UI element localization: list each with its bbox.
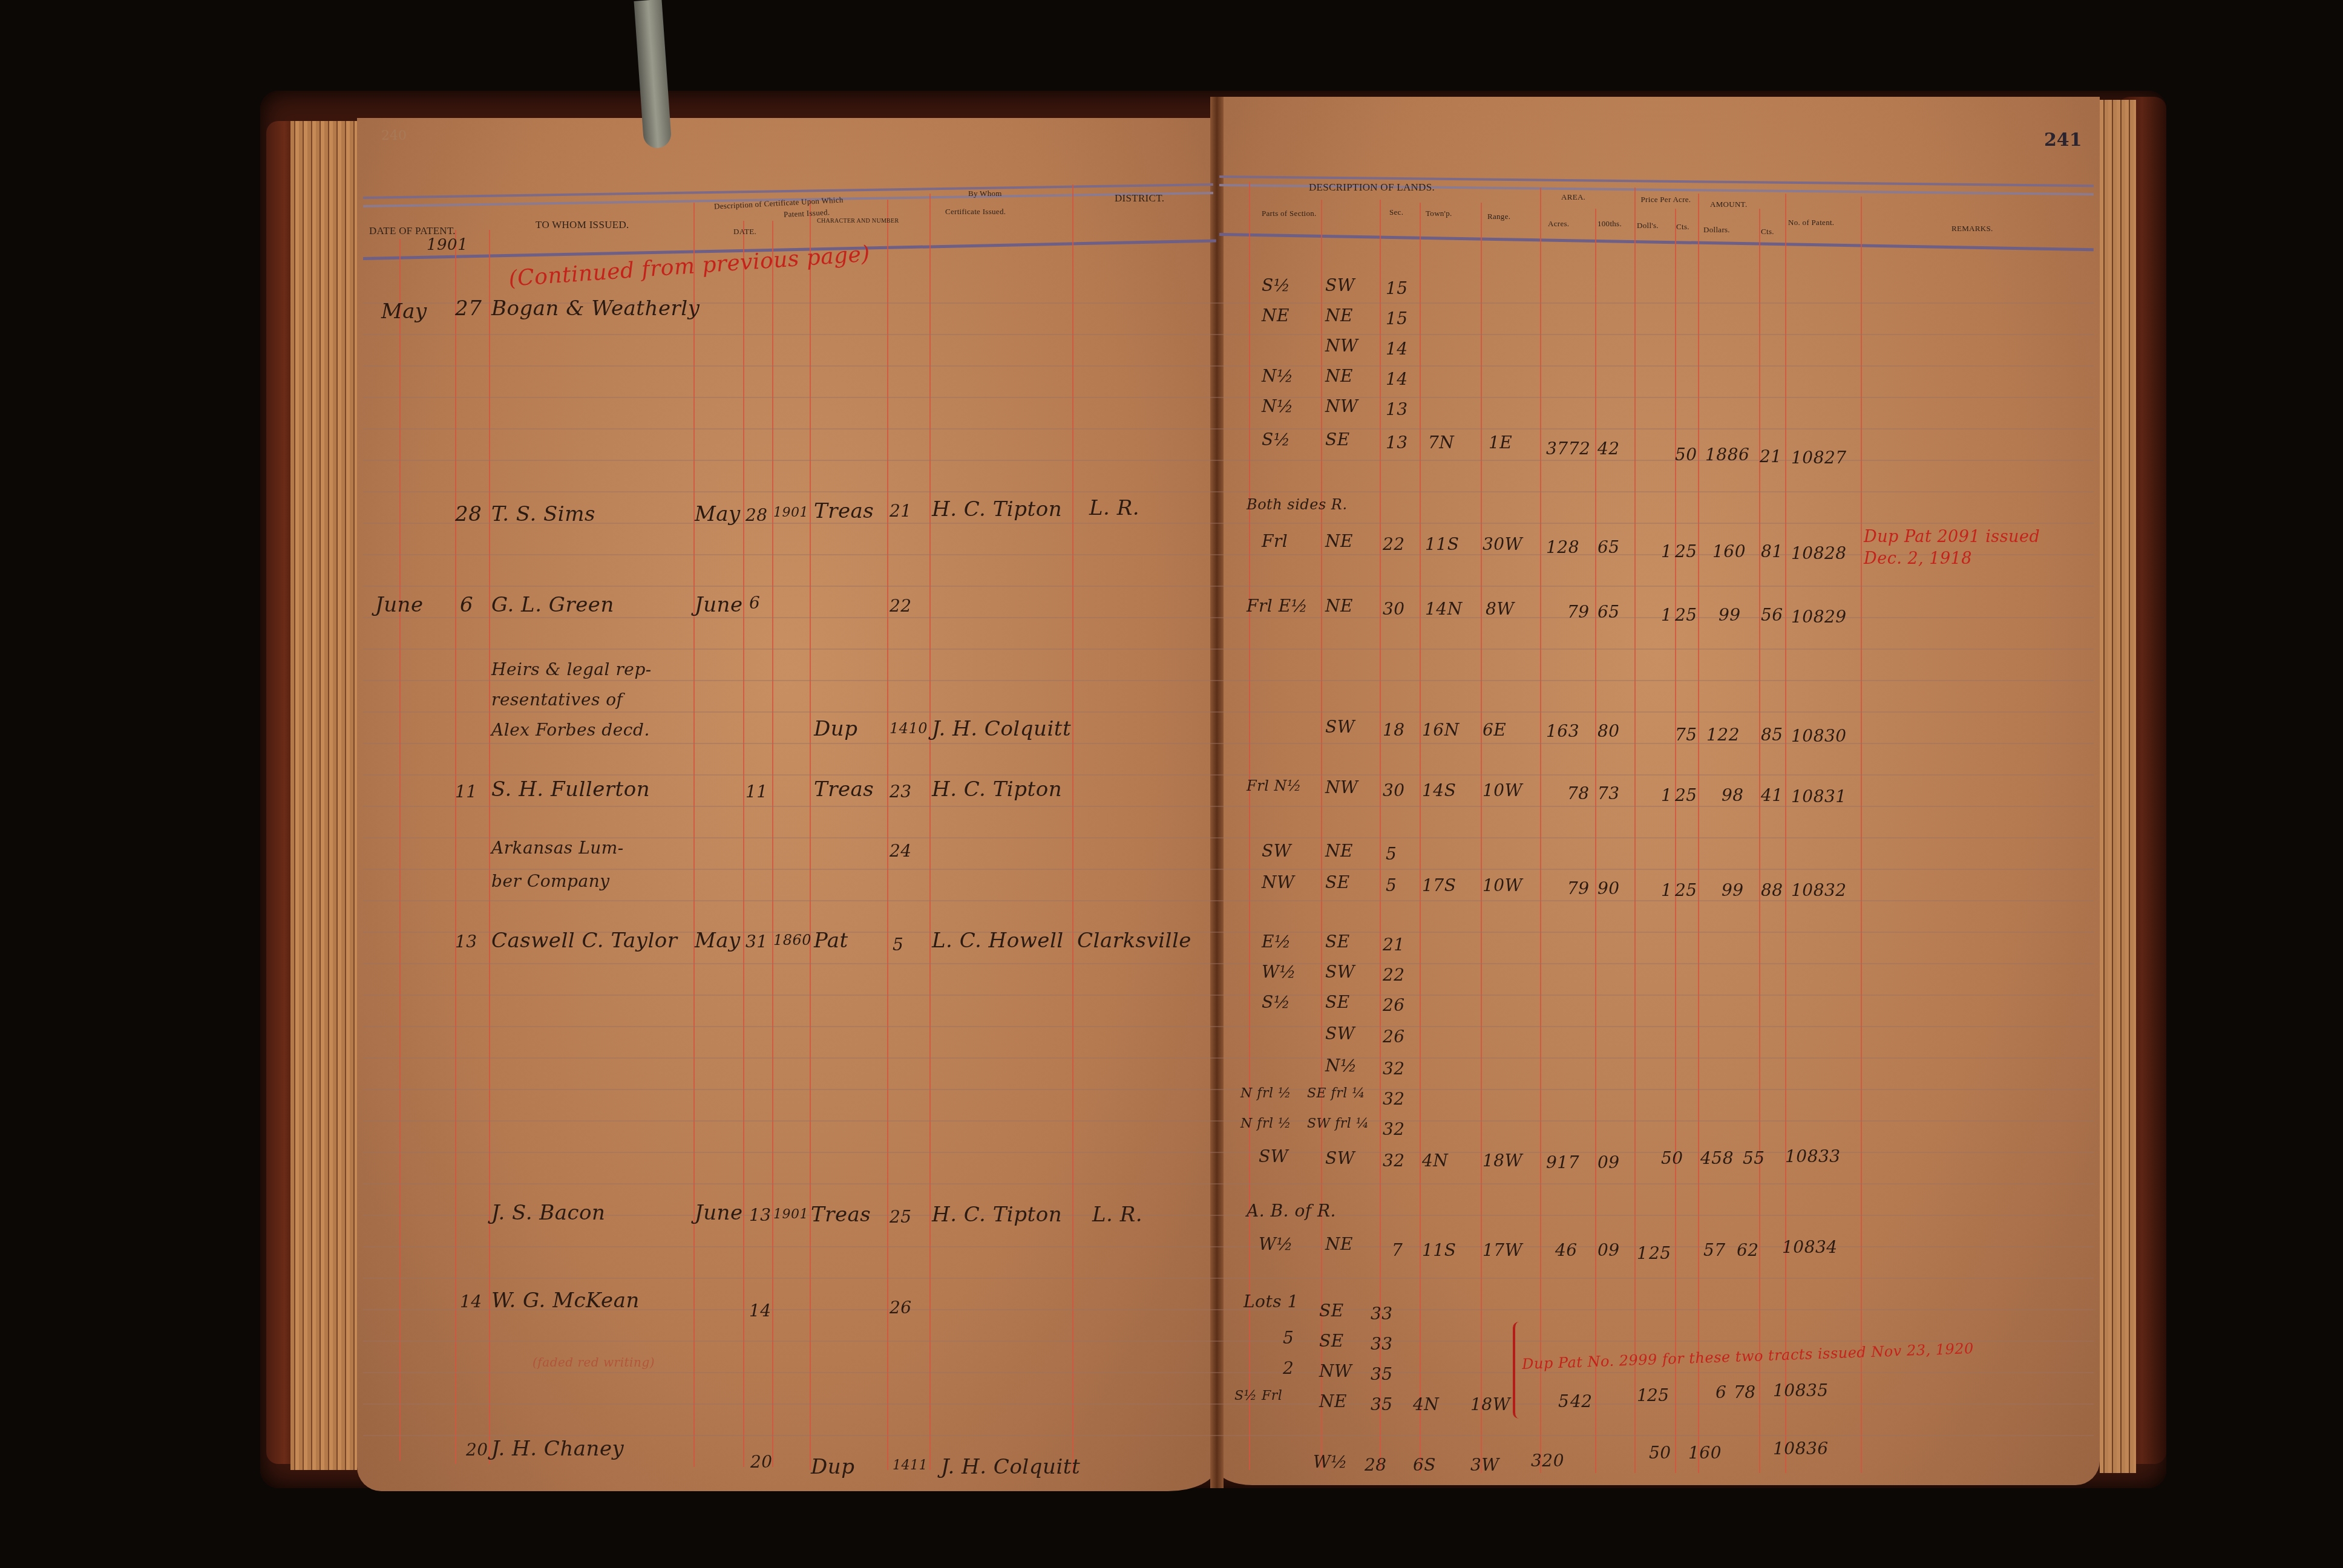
header-by-whom: By Whom — [968, 189, 1002, 198]
header-character-number: CHARACTER AND NUMBER — [817, 218, 899, 224]
price-dollars: 1 — [1637, 1385, 1648, 1405]
district: Clarksville — [1077, 929, 1191, 953]
district: L. R. — [1092, 1203, 1142, 1227]
land-range: 17W — [1483, 1240, 1522, 1260]
amount-cents: 41 — [1761, 785, 1783, 805]
patent-number: 10836 — [1773, 1439, 1829, 1459]
entry-month: May — [381, 299, 427, 324]
price-dollars: 1 — [1637, 1243, 1648, 1263]
land-quarter: SE frl ¼ — [1307, 1086, 1365, 1101]
land-hundredths: 65 — [1597, 537, 1620, 557]
land-quarter: NE — [1325, 596, 1353, 616]
land-sec: 30 — [1383, 780, 1405, 800]
amount-cents: 88 — [1761, 880, 1783, 900]
amount-dollars: 122 — [1706, 725, 1740, 745]
amount-cents: 78 — [1734, 1382, 1756, 1402]
header-sec: Sec. — [1389, 207, 1403, 217]
header-district: DISTRICT. — [1115, 192, 1164, 204]
land-hundredths: 09 — [1597, 1152, 1620, 1172]
land-township: 17S — [1422, 875, 1456, 895]
price-cents: 75 — [1675, 725, 1697, 745]
land-quarter: SW — [1325, 1024, 1355, 1044]
col-line — [455, 230, 456, 1464]
by-whom: H. C. Tipton — [932, 777, 1062, 802]
price-cents: 25 — [1675, 605, 1697, 625]
row-line — [363, 491, 2094, 492]
row-line — [363, 1403, 2094, 1405]
header-to-whom-issued: TO WHOM ISSUED. — [536, 219, 629, 231]
entry-name: S. H. Fullerton — [491, 777, 650, 802]
price-dollars: 1 — [1661, 605, 1672, 625]
land-sec: 26 — [1383, 995, 1405, 1015]
cert-character: Pat — [814, 929, 848, 953]
land-sec: 32 — [1383, 1119, 1405, 1139]
row-line — [363, 334, 2094, 335]
land-quarter: SE — [1325, 872, 1350, 892]
land-quarter: SW — [1325, 1148, 1355, 1168]
header-no-of-patent: No. of Patent. — [1788, 218, 1834, 227]
header-certificate-issued: Certificate Issued. — [945, 207, 1006, 217]
header-amount-dollars: Dollars. — [1703, 225, 1730, 235]
amount-dollars: 99 — [1719, 605, 1741, 625]
land-part: W½ — [1259, 1234, 1293, 1254]
col-line — [887, 200, 888, 1470]
land-part: E½ — [1262, 932, 1291, 952]
col-line — [743, 221, 744, 1467]
land-quarter: NW — [1325, 336, 1358, 356]
left-page — [357, 118, 1216, 1491]
row-line — [363, 1183, 2094, 1184]
by-whom: H. C. Tipton — [932, 497, 1062, 521]
col-line — [1785, 194, 1786, 1473]
land-part: S½ — [1262, 992, 1290, 1012]
col-line — [1698, 194, 1699, 1473]
land-range: 10W — [1483, 780, 1522, 800]
land-sec: 32 — [1383, 1059, 1405, 1079]
col-line — [1540, 188, 1541, 1473]
entry-day: 27 — [455, 296, 482, 321]
row-line — [363, 680, 2094, 681]
row-line — [363, 1120, 2094, 1122]
land-part: NW — [1262, 872, 1294, 892]
header-cert-date: DATE. — [733, 227, 756, 237]
land-acres: 3772 — [1546, 439, 1590, 459]
entry-name-line: ber Company — [491, 871, 610, 891]
col-line — [810, 200, 811, 1470]
row-line — [363, 995, 2094, 996]
land-sec: 13 — [1386, 399, 1408, 419]
header-description-of-lands: DESCRIPTION OF LANDS. — [1309, 181, 1435, 194]
row-line — [363, 1215, 2094, 1216]
patent-number: 10830 — [1791, 726, 1847, 746]
row-line — [363, 1026, 2094, 1027]
land-quarter: SE — [1325, 430, 1350, 449]
amount-cents: 56 — [1761, 605, 1783, 625]
land-township: 11S — [1422, 1240, 1456, 1260]
land-township: 16N — [1422, 720, 1460, 740]
land-quarter: SW — [1325, 717, 1355, 737]
cert-month: May — [695, 502, 741, 526]
cert-number: 5 — [893, 935, 903, 955]
amount-cents: 55 — [1743, 1148, 1765, 1168]
land-township: 14N — [1425, 599, 1463, 619]
patent-number: 10833 — [1785, 1146, 1841, 1166]
land-part: N frl ½ — [1240, 1116, 1291, 1131]
col-line — [1249, 181, 1250, 1470]
entry-name: G. L. Green — [491, 593, 614, 617]
cert-day: 6 — [749, 593, 760, 613]
by-whom: H. C. Tipton — [932, 1203, 1062, 1227]
cert-number: 26 — [890, 1298, 912, 1318]
amount-cents: 21 — [1760, 446, 1782, 466]
land-sec: 35 — [1371, 1364, 1393, 1384]
land-part: 2 — [1283, 1358, 1294, 1378]
land-quarter: SW — [1325, 962, 1355, 982]
year-heading: 1901 — [427, 236, 468, 254]
amount-dollars: 458 — [1700, 1148, 1734, 1168]
row-line — [363, 711, 2094, 713]
price-cents: 25 — [1675, 880, 1697, 900]
land-quarter: NW — [1319, 1361, 1352, 1381]
header-parts-of-section: Parts of Section. — [1262, 209, 1317, 218]
amount-dollars: 160 — [1688, 1443, 1722, 1463]
land-part: N frl ½ — [1240, 1086, 1291, 1101]
amount-dollars: 160 — [1712, 541, 1746, 561]
entry-name-line: Heirs & legal rep- — [491, 659, 652, 679]
patent-number: 10827 — [1791, 448, 1847, 468]
row-line — [363, 1435, 2094, 1436]
cert-character: Treas — [814, 777, 874, 802]
header-area: AREA. — [1561, 192, 1585, 202]
land-acres: 46 — [1555, 1240, 1578, 1260]
cert-number: 1411 — [893, 1458, 928, 1473]
land-sec: 5 — [1386, 844, 1397, 864]
price-cents: 25 — [1647, 1385, 1670, 1405]
land-range: 30W — [1483, 534, 1522, 554]
col-line — [1072, 185, 1073, 1473]
land-quarter: NE — [1325, 366, 1353, 386]
entry-day: 11 — [455, 782, 477, 802]
header-range: Range. — [1487, 212, 1510, 221]
land-range: 18W — [1483, 1151, 1522, 1171]
cert-character: Dup — [811, 1455, 854, 1479]
land-quarter: SE — [1325, 932, 1350, 952]
col-line — [489, 230, 490, 1464]
land-part: Frl E½ — [1247, 596, 1308, 616]
patent-number: 10831 — [1791, 786, 1847, 806]
col-line — [1861, 197, 1862, 1473]
cert-month: May — [695, 929, 741, 953]
entry-day: 28 — [455, 502, 482, 526]
header-amount-cents: Cts. — [1761, 227, 1774, 237]
land-hundredths: 73 — [1597, 783, 1620, 803]
entry-name-line: Alex Forbes decd. — [491, 720, 650, 740]
entry-day: 14 — [460, 1292, 482, 1312]
land-sec: 15 — [1386, 278, 1408, 298]
entry-name: W. G. McKean — [491, 1289, 640, 1313]
entry-name: T. S. Sims — [491, 502, 595, 526]
land-quarter: SW — [1325, 275, 1355, 295]
entry-day: 13 — [455, 932, 477, 952]
land-sec: 22 — [1383, 534, 1405, 554]
land-hundredths: 65 — [1597, 602, 1620, 622]
land-acres: 79 — [1567, 602, 1590, 622]
entry-day: 6 — [460, 593, 473, 617]
district: L. R. — [1089, 496, 1139, 520]
by-whom: L. C. Howell — [932, 929, 1064, 953]
land-quarter: NW — [1325, 777, 1358, 797]
land-part: N½ — [1262, 366, 1294, 386]
patent-number: 10834 — [1782, 1237, 1838, 1257]
header-price-dollars: Doll's. — [1637, 221, 1659, 230]
price-dollars: 1 — [1661, 541, 1672, 561]
cert-day: 11 — [745, 782, 768, 802]
header-township: Town'p. — [1426, 209, 1452, 218]
land-quarter: SE — [1319, 1331, 1344, 1351]
price-cents: 50 — [1661, 1148, 1683, 1168]
row-line — [363, 1341, 2094, 1342]
header-date-of-patent: DATE OF PATENT. — [369, 225, 456, 237]
land-part: S½ — [1262, 275, 1290, 295]
land-quarter: NE — [1325, 1234, 1353, 1254]
land-sec: 33 — [1371, 1304, 1393, 1324]
price-cents: 50 — [1649, 1443, 1671, 1463]
entry-day: 20 — [466, 1440, 488, 1460]
land-range: 6E — [1483, 720, 1506, 740]
amount-cents: 85 — [1761, 725, 1783, 745]
land-sec: 26 — [1383, 1027, 1405, 1047]
land-part: Lots 1 — [1244, 1292, 1299, 1312]
cert-day: 14 — [749, 1301, 772, 1321]
price-cents: 25 — [1675, 785, 1697, 805]
row-line — [363, 1057, 2094, 1059]
land-part: Frl N½ — [1247, 777, 1302, 794]
land-quarter: N½ — [1325, 1056, 1357, 1076]
by-whom: J. H. Colquitt — [941, 1455, 1080, 1479]
land-quarter: NE — [1325, 531, 1353, 551]
land-sec: 7 — [1392, 1240, 1403, 1260]
land-range: 18W — [1470, 1394, 1510, 1414]
header-amount: AMOUNT. — [1710, 200, 1747, 209]
entry-name-line: Arkansas Lum- — [491, 838, 624, 858]
price-dollars: 1 — [1661, 880, 1672, 900]
entry-name: J. H. Chaney — [491, 1437, 624, 1461]
cert-character: Treas — [814, 499, 874, 523]
land-range: 8W — [1486, 599, 1515, 619]
faded-red-writing: (faded red writing) — [532, 1355, 655, 1370]
row-line — [363, 428, 2094, 430]
land-acres: 917 — [1546, 1152, 1579, 1172]
land-quarter: SE — [1325, 992, 1350, 1012]
land-township: 7N — [1428, 433, 1454, 452]
page-stack-left — [290, 121, 357, 1470]
col-line — [1595, 209, 1596, 1473]
book-gutter — [1210, 97, 1224, 1488]
land-quarter: NW — [1325, 396, 1358, 416]
amount-dollars: 1886 — [1705, 445, 1749, 465]
land-sec: 35 — [1371, 1394, 1393, 1414]
land-quarter: NE — [1325, 841, 1353, 861]
price-dollars: 1 — [1661, 785, 1672, 805]
row-line — [363, 963, 2094, 964]
land-sec: 32 — [1383, 1089, 1405, 1109]
cert-number: 25 — [890, 1207, 912, 1227]
cert-day: 20 — [750, 1452, 773, 1472]
row-line — [363, 397, 2094, 398]
page-stack-right — [2100, 100, 2136, 1473]
header-hundredths: 100ths. — [1597, 219, 1622, 229]
entry-name-line: resentatives of — [491, 690, 623, 710]
row-line — [363, 1089, 2094, 1090]
row-line — [363, 900, 2094, 901]
land-hundredths: 42 — [1597, 439, 1620, 459]
land-hundredths: 09 — [1597, 1240, 1620, 1260]
cert-year: 1901 — [773, 505, 808, 520]
cert-number: 23 — [890, 782, 912, 802]
row-line — [363, 523, 2094, 524]
cert-day: 31 — [745, 932, 768, 952]
land-part: A. B. of R. — [1247, 1201, 1336, 1221]
land-sec: 14 — [1386, 339, 1408, 359]
land-township: 6S — [1413, 1455, 1436, 1475]
col-line — [1759, 209, 1760, 1473]
header-acres: Acres. — [1548, 219, 1569, 229]
header-remarks: REMARKS. — [1951, 224, 1993, 234]
land-acres: 79 — [1567, 878, 1590, 898]
patent-number: 10835 — [1773, 1380, 1829, 1400]
land-part: Frl — [1262, 531, 1288, 551]
amount-dollars: 99 — [1722, 880, 1744, 900]
land-part: NE — [1262, 305, 1289, 325]
header-price-per-acre: Price Per Acre. — [1639, 195, 1693, 204]
cert-month: June — [695, 1201, 743, 1225]
land-hundredths: 42 — [1570, 1391, 1593, 1411]
amount-cents: 81 — [1761, 541, 1783, 561]
entry-name: J. S. Bacon — [491, 1201, 605, 1225]
cert-character: Dup — [814, 717, 857, 741]
cert-number: 22 — [890, 596, 912, 616]
price-cents: 50 — [1675, 445, 1697, 465]
patent-number: 10828 — [1791, 543, 1847, 563]
land-range: 1E — [1489, 433, 1512, 452]
land-part: S½ Frl — [1234, 1388, 1282, 1403]
cert-year: 1860 — [773, 932, 811, 949]
land-range: 10W — [1483, 875, 1522, 895]
col-line — [772, 221, 773, 1467]
land-part: SW — [1262, 841, 1291, 861]
land-part: Both sides R. — [1247, 496, 1348, 513]
cert-year: 1901 — [773, 1207, 808, 1222]
land-quarter: SW frl ¼ — [1307, 1116, 1369, 1131]
entry-month: June — [375, 593, 424, 617]
header-price-cents: Cts. — [1676, 222, 1689, 232]
land-part: 5 — [1283, 1328, 1294, 1348]
cert-number: 1410 — [890, 720, 928, 737]
land-quarter: NE — [1319, 1391, 1347, 1411]
row-line — [363, 774, 2094, 776]
land-acres: 163 — [1546, 721, 1579, 741]
cert-character: Treas — [811, 1203, 871, 1227]
col-line — [1634, 188, 1636, 1473]
amount-dollars: 6 — [1715, 1382, 1726, 1402]
land-acres: 5 — [1558, 1391, 1569, 1411]
land-hundredths: 90 — [1597, 878, 1620, 898]
land-acres: 78 — [1567, 783, 1590, 803]
row-line — [363, 1372, 2094, 1373]
amount-dollars: 57 — [1703, 1240, 1726, 1260]
cert-month: June — [695, 593, 743, 617]
land-part: W½ — [1262, 962, 1296, 982]
land-sec: 22 — [1383, 965, 1405, 985]
entry-name: Caswell C. Taylor — [491, 929, 678, 953]
land-township: 14S — [1422, 780, 1456, 800]
land-sec: 28 — [1365, 1455, 1387, 1475]
col-line — [1380, 200, 1381, 1470]
patent-number: 10832 — [1791, 880, 1847, 900]
land-township: 4N — [1422, 1151, 1448, 1171]
patent-number: 10829 — [1791, 607, 1847, 627]
entry-name: Bogan & Weatherly — [491, 296, 700, 321]
by-whom: J. H. Colquitt — [932, 717, 1071, 741]
cert-day: 13 — [749, 1205, 772, 1225]
col-line — [1321, 200, 1322, 1470]
land-quarter: W½ — [1313, 1452, 1348, 1472]
land-sec: 14 — [1386, 369, 1408, 389]
land-acres: 128 — [1546, 537, 1579, 557]
land-hundredths: 80 — [1597, 721, 1620, 741]
row-line — [363, 365, 2094, 367]
price-cents: 25 — [1675, 541, 1697, 561]
row-line — [363, 1278, 2094, 1279]
amount-cents: 62 — [1737, 1240, 1759, 1260]
remarks-note: Dup Pat 2091 issued Dec. 2, 1918 — [1864, 526, 2069, 570]
price-cents: 25 — [1649, 1243, 1671, 1263]
land-township: 11S — [1425, 534, 1459, 554]
land-sec: 30 — [1383, 599, 1405, 619]
left-page-number: 240 — [381, 128, 407, 143]
land-quarter: NE — [1325, 305, 1353, 325]
land-quarter: SE — [1319, 1301, 1344, 1321]
land-sec: 15 — [1386, 309, 1408, 328]
row-line — [363, 648, 2094, 650]
land-sec: 21 — [1383, 935, 1405, 955]
land-part: SW — [1259, 1146, 1288, 1166]
cert-number: 24 — [890, 841, 912, 861]
land-sec: 13 — [1386, 433, 1408, 452]
land-sec: 33 — [1371, 1334, 1393, 1354]
land-range: 3W — [1470, 1455, 1499, 1475]
land-part: N½ — [1262, 396, 1294, 416]
land-part: S½ — [1262, 430, 1290, 449]
land-acres: 320 — [1531, 1451, 1564, 1471]
land-sec: 32 — [1383, 1151, 1405, 1171]
cert-number: 21 — [890, 501, 912, 521]
land-sec: 18 — [1383, 720, 1405, 740]
row-line — [363, 586, 2094, 587]
col-line — [1675, 209, 1676, 1473]
row-line — [363, 869, 2094, 870]
right-page-number: 241 — [2044, 129, 2082, 151]
land-township: 4N — [1413, 1394, 1439, 1414]
amount-dollars: 98 — [1722, 785, 1744, 805]
land-sec: 5 — [1386, 875, 1397, 895]
cert-day: 28 — [745, 505, 768, 525]
